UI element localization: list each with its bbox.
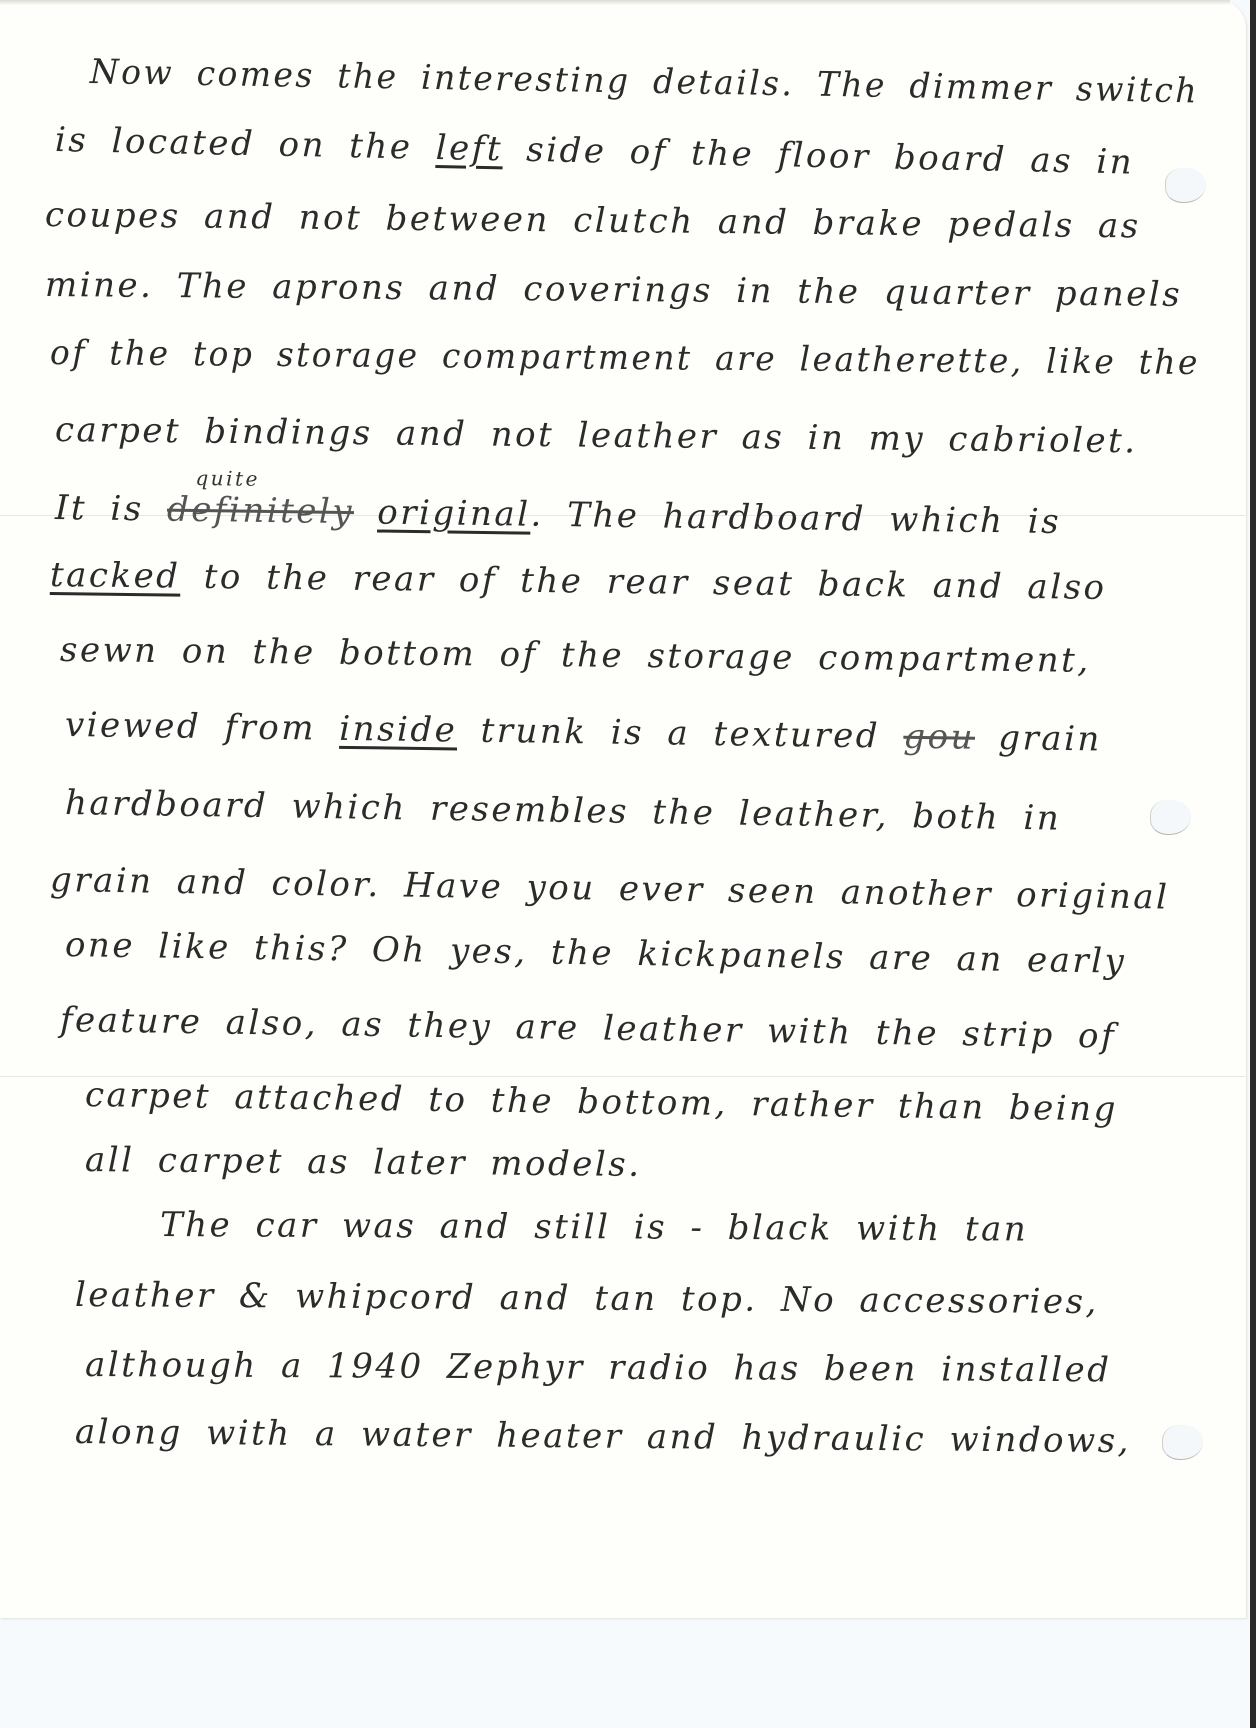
underlined-word: inside [339,709,458,751]
underlined-word: tacked [50,555,181,597]
line-text: It is [55,488,168,530]
struck-word: gou [903,717,975,758]
paper-top-edge [0,0,1230,5]
line-text: The car was and still is - black with ta… [160,1205,1028,1250]
line-text: is located on the [55,120,437,168]
underlined-word: left [435,128,503,169]
line-text: viewed from [65,705,340,749]
line-text: grain [975,718,1102,760]
letter-line: although a 1940 Zephyr radio has been in… [85,1345,1112,1390]
scan-border [1250,0,1256,1728]
line-text: although a 1940 Zephyr radio has been in… [85,1345,1112,1390]
line-text: trunk is a textured [457,710,904,756]
underlined-word: original [377,493,531,535]
struck-word: definitely [167,490,355,533]
letter-line: The car was and still is - black with ta… [160,1205,1028,1250]
line-text: . The hardboard which is [530,495,1061,542]
line-text: leather & whipcord and tan top. No acces… [75,1275,1099,1322]
line-text [354,492,378,532]
inserted-word: quite [195,466,260,491]
letter-line: leather & whipcord and tan top. No acces… [75,1275,1099,1322]
letter-line: all carpet as later models. [85,1140,642,1185]
line-text: all carpet as later models. [85,1140,642,1185]
